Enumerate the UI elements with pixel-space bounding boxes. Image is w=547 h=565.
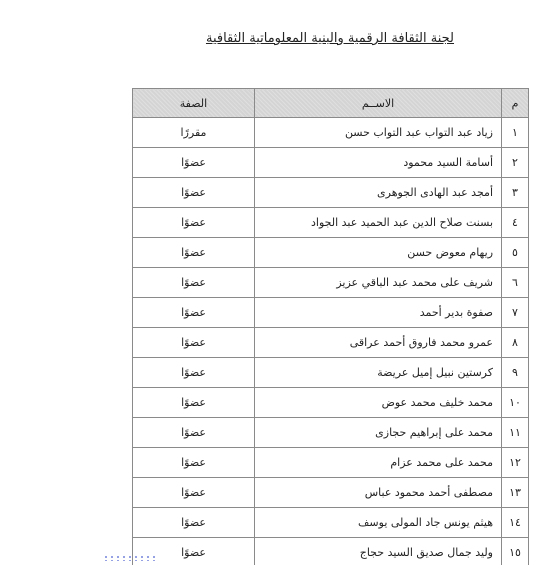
row-number: ٢ (502, 148, 529, 178)
table-row: ٨ عمرو محمد فاروق أحمد عراقى عضوًا (133, 328, 529, 358)
row-number: ٧ (502, 298, 529, 328)
table-header-row: م الاســم الصفة (133, 89, 529, 118)
row-number: ١٤ (502, 508, 529, 538)
table-row: ١٠ محمد خليف محمد عوض عضوًا (133, 388, 529, 418)
table-row: ٩ كرستين نبيل إميل عريضة عضوًا (133, 358, 529, 388)
row-number: ١٣ (502, 478, 529, 508)
row-role: عضوًا (133, 448, 255, 478)
row-name: أمجد عبد الهادى الجوهرى (255, 178, 502, 208)
row-number: ١٢ (502, 448, 529, 478)
table-row: ١٤ هيثم يونس جاد المولى يوسف عضوًا (133, 508, 529, 538)
table-row: ٥ ريهام معوض حسن عضوًا (133, 238, 529, 268)
table-row: ١١ محمد على إبراهيم حجازى عضوًا (133, 418, 529, 448)
row-role: عضوًا (133, 268, 255, 298)
row-role: عضوًا (133, 388, 255, 418)
row-number: ١٥ (502, 538, 529, 565)
table-row: ٧ صفوة بدير أحمد عضوًا (133, 298, 529, 328)
row-number: ١٠ (502, 388, 529, 418)
table-row: ٦ شريف على محمد عبد الباقي عزيز عضوًا (133, 268, 529, 298)
row-role: عضوًا (133, 208, 255, 238)
row-number: ٩ (502, 358, 529, 388)
row-name: محمد خليف محمد عوض (255, 388, 502, 418)
row-name: أسامة السيد محمود (255, 148, 502, 178)
table-row: ١٢ محمد على محمد عزام عضوًا (133, 448, 529, 478)
header-name: الاســم (255, 89, 502, 118)
table-row: ٣ أمجد عبد الهادى الجوهرى عضوًا (133, 178, 529, 208)
row-name: كرستين نبيل إميل عريضة (255, 358, 502, 388)
row-number: ٥ (502, 238, 529, 268)
row-number: ٦ (502, 268, 529, 298)
row-name: صفوة بدير أحمد (255, 298, 502, 328)
document-title: لجنة الثقافة الرقمية والبنية المعلوماتية… (200, 31, 460, 46)
row-name: شريف على محمد عبد الباقي عزيز (255, 268, 502, 298)
row-role: عضوًا (133, 328, 255, 358)
table-row: ١ زياد عبد التواب عبد التواب حسن مقررًا (133, 118, 529, 148)
row-number: ٣ (502, 178, 529, 208)
row-number: ١١ (502, 418, 529, 448)
row-role: عضوًا (133, 418, 255, 448)
table-row: ٢ أسامة السيد محمود عضوًا (133, 148, 529, 178)
row-name: هيثم يونس جاد المولى يوسف (255, 508, 502, 538)
row-name: مصطفى أحمد محمود عباس (255, 478, 502, 508)
row-name: محمد على محمد عزام (255, 448, 502, 478)
table-row: ١٣ مصطفى أحمد محمود عباس عضوًا (133, 478, 529, 508)
row-role: عضوًا (133, 508, 255, 538)
table-row: ٤ بسنت صلاح الدين عبد الحميد عبد الجواد … (133, 208, 529, 238)
row-role: عضوًا (133, 148, 255, 178)
row-name: وليد جمال صديق السيد حجاج (255, 538, 502, 565)
row-name: ريهام معوض حسن (255, 238, 502, 268)
table-row: ١٥ وليد جمال صديق السيد حجاج عضوًا (133, 538, 529, 565)
header-number: م (502, 89, 529, 118)
row-role: عضوًا (133, 358, 255, 388)
row-name: محمد على إبراهيم حجازى (255, 418, 502, 448)
row-name: بسنت صلاح الدين عبد الحميد عبد الجواد (255, 208, 502, 238)
row-role: عضوًا (133, 238, 255, 268)
row-role: عضوًا (133, 298, 255, 328)
row-name: عمرو محمد فاروق أحمد عراقى (255, 328, 502, 358)
row-role: مقررًا (133, 118, 255, 148)
row-number: ١ (502, 118, 529, 148)
header-role: الصفة (133, 89, 255, 118)
members-table: م الاســم الصفة ١ زياد عبد التواب عبد ال… (132, 88, 529, 565)
row-number: ٤ (502, 208, 529, 238)
row-role: عضوًا (133, 478, 255, 508)
row-number: ٨ (502, 328, 529, 358)
row-name: زياد عبد التواب عبد التواب حسن (255, 118, 502, 148)
scan-artifact (103, 555, 158, 561)
row-role: عضوًا (133, 178, 255, 208)
